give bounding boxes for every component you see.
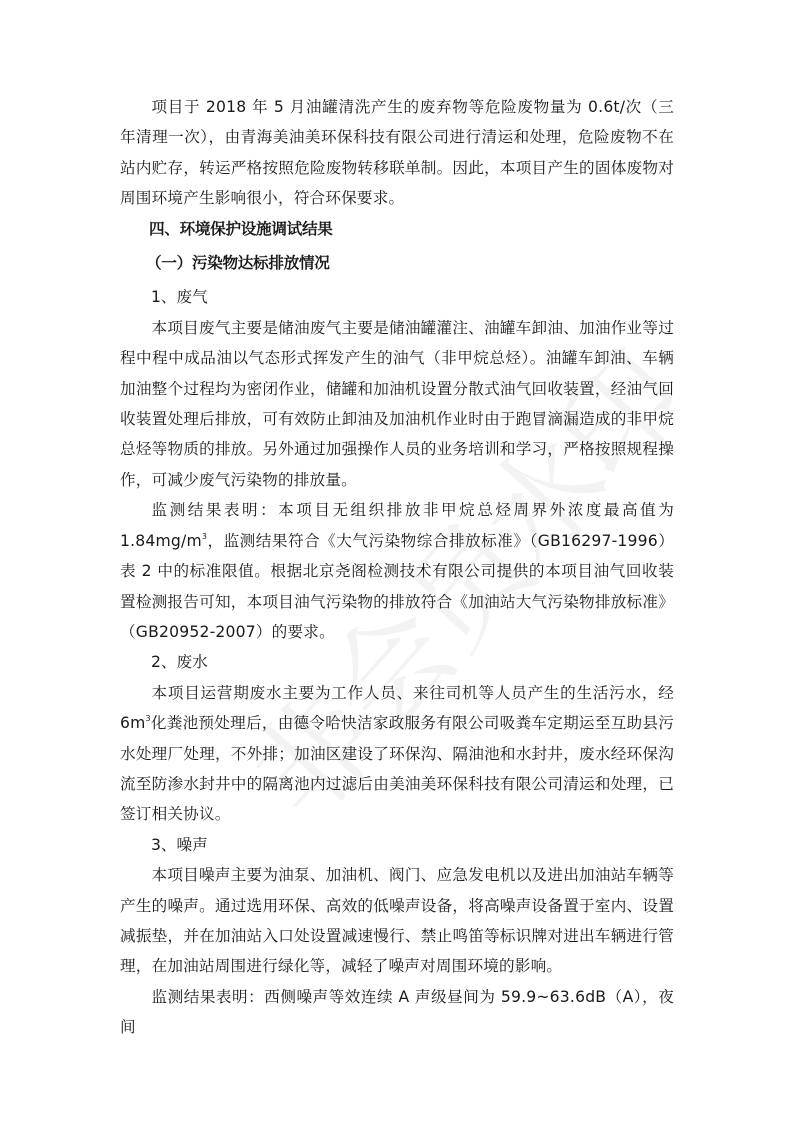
waste-gas-monitoring-paragraph: 监测结果表明：本项目无组织排放非甲烷总烃周界外浓度最高值为 1.84mg/m3，… — [120, 495, 674, 647]
waste-water-text-post: 化粪池预处理后，由德令哈快洁家政服务有限公司吸粪车定期运至互助县污水处理厂处理，… — [120, 714, 674, 823]
section-heading: 四、环境保护设施调试结果 — [120, 214, 674, 244]
noise-title: 3、噪声 — [120, 830, 674, 860]
waste-gas-paragraph: 本项目废气主要是储油废气主要是储油罐灌注、油罐车卸油、加油作业等过程中程中成品油… — [120, 313, 674, 495]
waste-water-paragraph: 本项目运营期废水主要为工作人员、来往司机等人员产生的生活污水，经 6m3化粪池预… — [120, 678, 674, 830]
waste-water-title: 2、废水 — [120, 647, 674, 677]
subsection-heading: （一）污染物达标排放情况 — [120, 248, 674, 278]
intro-paragraph: 项目于 2018 年 5 月油罐清洗产生的废弃物等危险废物量为 0.6t/次（三… — [120, 92, 674, 214]
document-page: 项目于 2018 年 5 月油罐清洗产生的废弃物等危险废物量为 0.6t/次（三… — [120, 92, 674, 1043]
noise-paragraph: 本项目噪声主要为油泵、加油机、阀门、应急发电机以及进出加油站车辆等产生的噪声。通… — [120, 860, 674, 982]
monitoring-text-post: ，监测结果符合《大气污染物综合排放标准》（GB16297-1996）表 2 中的… — [120, 532, 674, 641]
noise-monitoring-paragraph: 监测结果表明：西侧噪声等效连续 A 声级昼间为 59.9~63.6dB（A），夜… — [120, 982, 674, 1043]
waste-gas-title: 1、废气 — [120, 282, 674, 312]
